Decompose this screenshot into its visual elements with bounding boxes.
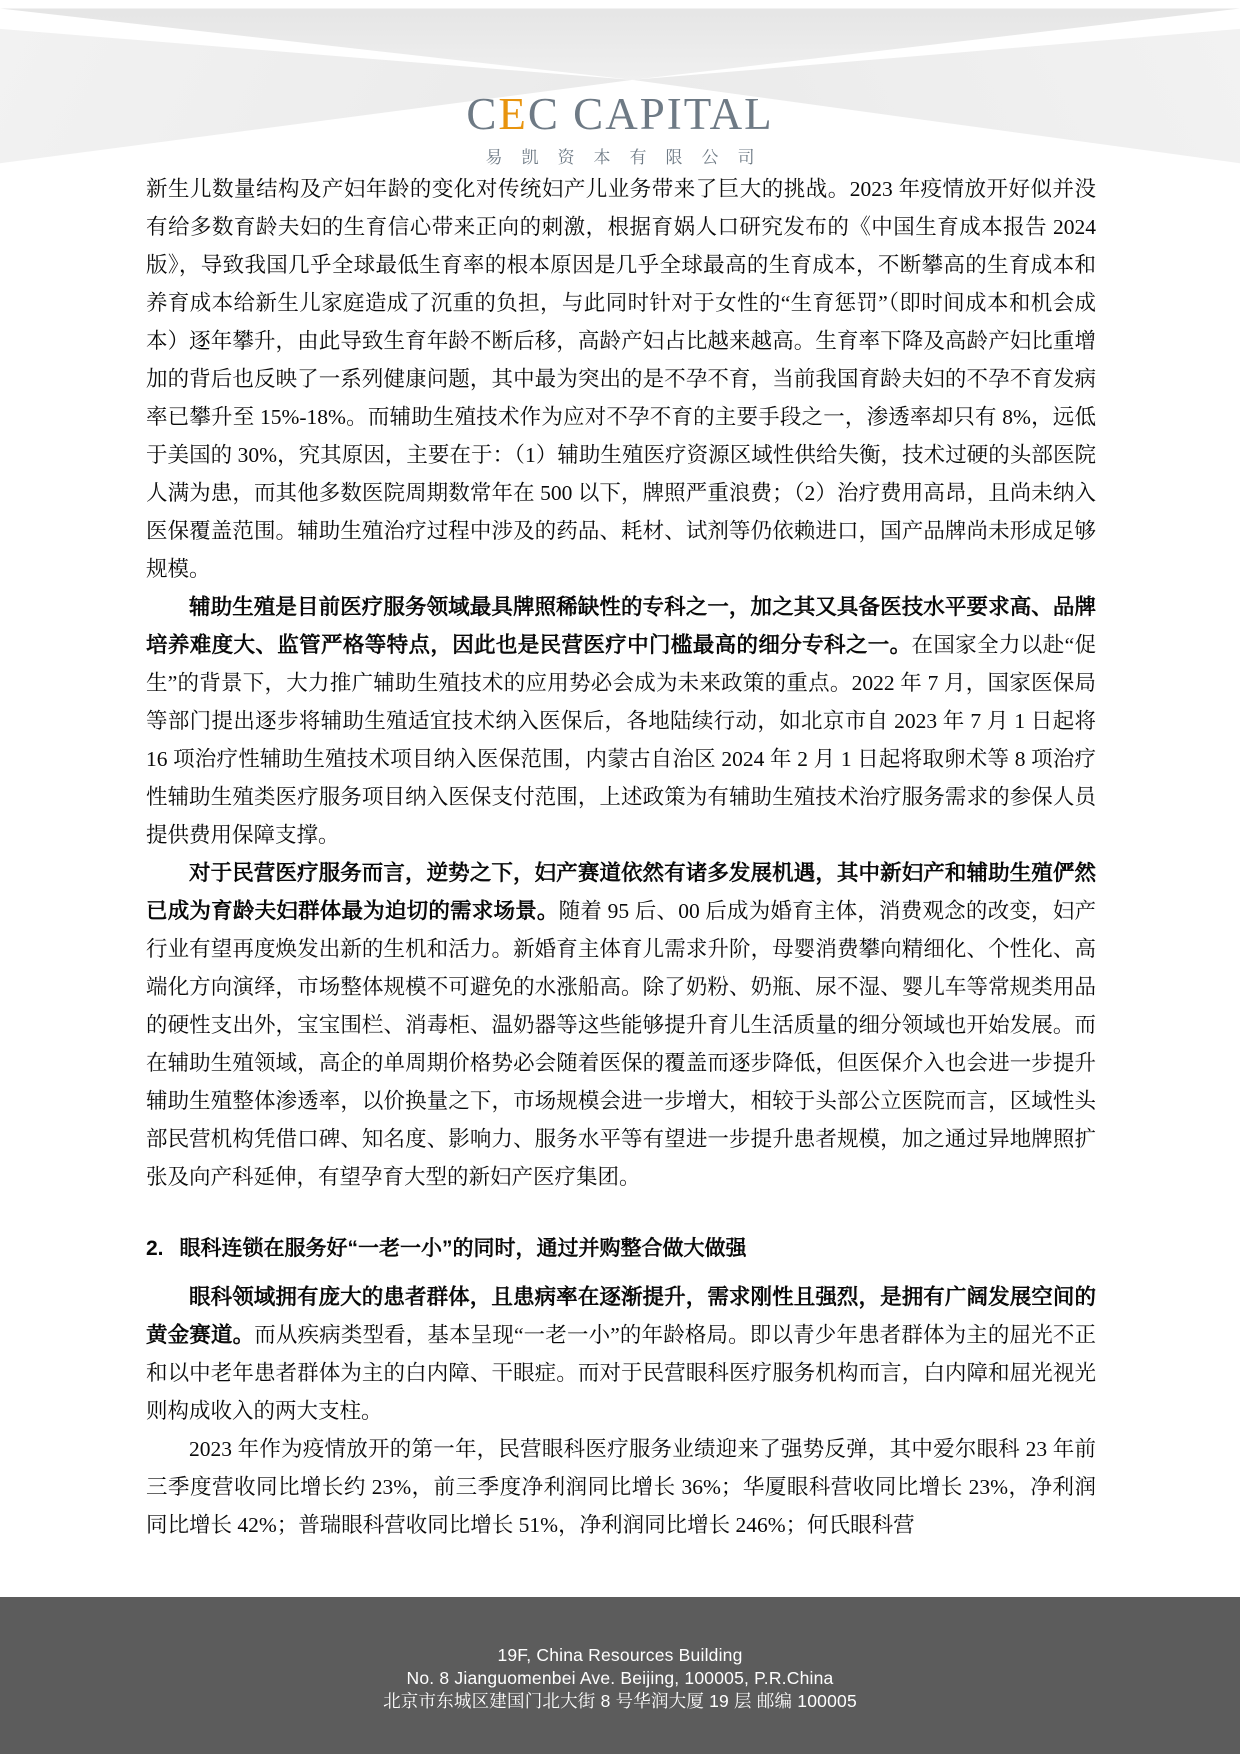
brand-title-prefix: C: [466, 89, 498, 139]
brand-title: CEC CAPITAL: [0, 92, 1240, 137]
text-segment: 在国家全力以赴“促生”的背景下，大力推广辅助生殖技术的应用势必会成为未来政策的重…: [146, 633, 1096, 847]
text-segment: 新生儿数量结构及产妇年龄的变化对传统妇产儿业务带来了巨大的挑战。2023 年疫情…: [146, 177, 1096, 581]
section-heading: 2.眼科连锁在服务好“一老一小”的同时，通过并购整合做大做强: [146, 1230, 1096, 1268]
text-segment: 而从疾病类型看，基本呈现“一老一小”的年龄格局。即以青少年患者群体为主的屈光不正…: [146, 1323, 1096, 1423]
brand-subtitle: 易凯资本有限公司: [0, 143, 1240, 168]
report-page: CEC CAPITAL 易凯资本有限公司 新生儿数量结构及产妇年龄的变化对传统妇…: [0, 0, 1240, 1754]
heading-number: 2.: [146, 1237, 164, 1260]
footer-address-line-en-2: No. 8 Jianguomenbei Ave. Beijing, 100005…: [0, 1667, 1240, 1690]
brand-title-suffix: C CAPITAL: [528, 89, 774, 139]
brand-logo: CEC CAPITAL 易凯资本有限公司: [0, 92, 1240, 168]
text-segment: 眼科连锁在服务好“一老一小”的同时，通过并购整合做大做强: [180, 1237, 747, 1260]
paragraph: 辅助生殖是目前医疗服务领域最具牌照稀缺性的专科之一，加之其又具备医技水平要求高、…: [146, 588, 1096, 854]
footer-address-line-en-1: 19F, China Resources Building: [0, 1644, 1240, 1667]
text-segment: 2023 年作为疫情放开的第一年，民营眼科医疗服务业绩迎来了强势反弹，其中爱尔眼…: [146, 1437, 1096, 1537]
brand-title-accent-letter: E: [498, 89, 528, 139]
paragraph: 2023 年作为疫情放开的第一年，民营眼科医疗服务业绩迎来了强势反弹，其中爱尔眼…: [146, 1430, 1096, 1544]
paragraph: 对于民营医疗服务而言，逆势之下，妇产赛道依然有诸多发展机遇，其中新妇产和辅助生殖…: [146, 854, 1096, 1196]
document-body: 新生儿数量结构及产妇年龄的变化对传统妇产儿业务带来了巨大的挑战。2023 年疫情…: [146, 170, 1096, 1544]
footer-address-line-cn: 北京市东城区建国门北大街 8 号华润大厦 19 层 邮编 100005: [0, 1690, 1240, 1713]
paragraph: 新生儿数量结构及产妇年龄的变化对传统妇产儿业务带来了巨大的挑战。2023 年疫情…: [146, 170, 1096, 588]
paragraph: 眼科领域拥有庞大的患者群体，且患病率在逐渐提升，需求刚性且强烈，是拥有广阔发展空…: [146, 1278, 1096, 1430]
footer: 19F, China Resources Building No. 8 Jian…: [0, 1597, 1240, 1754]
text-segment: 随着 95 后、00 后成为婚育主体，消费观念的改变，妇产行业有望再度焕发出新的…: [146, 899, 1096, 1189]
